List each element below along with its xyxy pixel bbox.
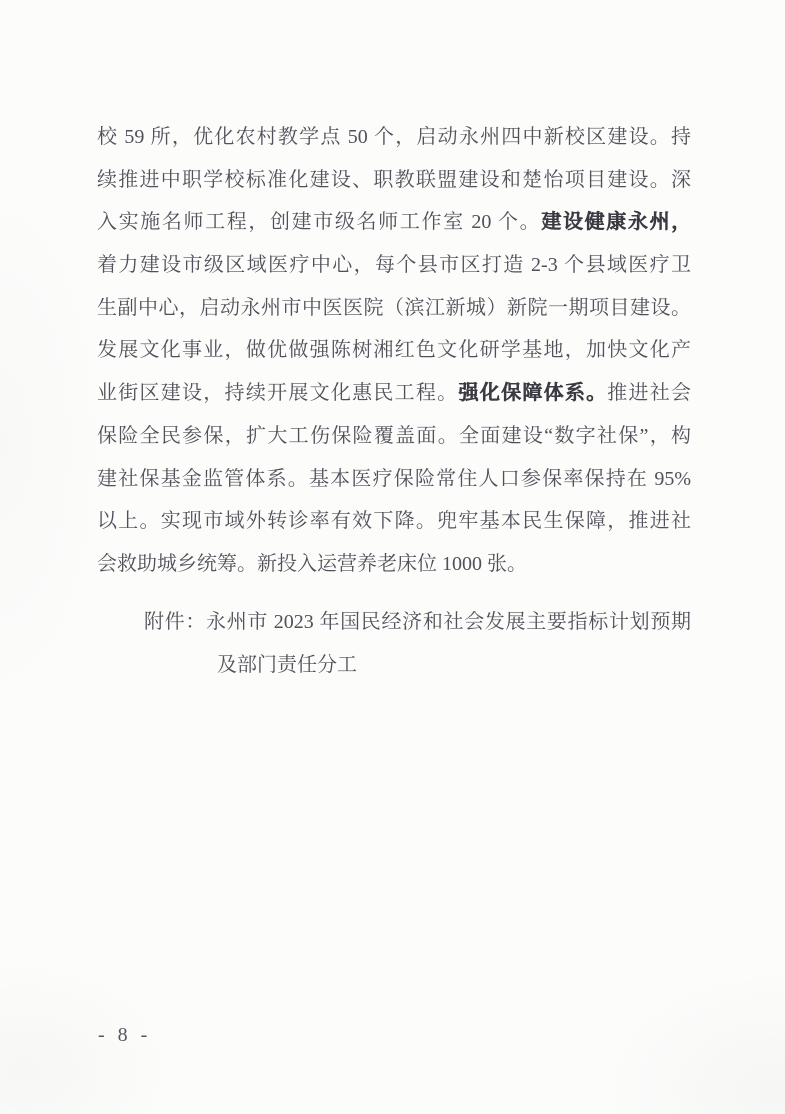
body-line-5-text: 生副中心，启动永州市中医医院（滨江新城）新院一期项目建设。 xyxy=(97,297,691,319)
body-line-3-text: 入实施名师工程，创建市级名师工作室 20 个。 xyxy=(97,211,541,233)
body-line-11-text: 会救助城乡统筹。新投入运营养老床位 1000 张。 xyxy=(97,553,527,575)
body-line-10-text: 以上。实现市域外转诊率有效下降。兜牢基本民生保障，推进社 xyxy=(97,510,691,532)
body-line-8: 保险全民参保，扩大工伤保险覆盖面。全面建设“数字社保”，构 xyxy=(97,415,691,458)
body-line-4: 着力建设市级区域医疗中心，每个县市区打造 2-3 个县域医疗卫 xyxy=(97,244,691,287)
attachment-line-1: 附件：永州市 2023 年国民经济和社会发展主要指标计划预期 xyxy=(97,601,691,644)
body-line-2: 续推进中职学校标准化建设、职教联盟建设和楚怡项目建设。深 xyxy=(97,159,691,202)
body-line-10: 以上。实现市域外转诊率有效下降。兜牢基本民生保障，推进社 xyxy=(97,500,691,543)
body-line-9-text: 建社保基金监管体系。基本医疗保险常住人口参保率保持在 95% xyxy=(97,468,691,490)
attachment-line-2-text: 及部门责任分工 xyxy=(217,654,357,676)
body-line-1-text: 校 59 所，优化农村教学点 50 个，启动永州四中新校区建设。持 xyxy=(97,126,691,148)
body-line-3: 入实施名师工程，创建市级名师工作室 20 个。建设健康永州， xyxy=(97,201,691,244)
body-line-4-text: 着力建设市级区域医疗中心，每个县市区打造 2-3 个县域医疗卫 xyxy=(97,254,691,276)
attachment-line-2: 及部门责任分工 xyxy=(97,644,691,687)
attachment-line-1-text: 附件：永州市 2023 年国民经济和社会发展主要指标计划预期 xyxy=(144,611,691,633)
body-line-11: 会救助城乡统筹。新投入运营养老床位 1000 张。 xyxy=(97,543,691,586)
document-page: 校 59 所，优化农村教学点 50 个，启动永州四中新校区建设。持 续推进中职学… xyxy=(0,0,785,1114)
body-line-1: 校 59 所，优化农村教学点 50 个，启动永州四中新校区建设。持 xyxy=(97,116,691,159)
attachment-note: 附件：永州市 2023 年国民经济和社会发展主要指标计划预期 及部门责任分工 xyxy=(97,601,691,686)
body-line-5: 生副中心，启动永州市中医医院（滨江新城）新院一期项目建设。 xyxy=(97,287,691,330)
page-number: - 8 - xyxy=(98,1024,151,1047)
body-line-2-text: 续推进中职学校标准化建设、职教联盟建设和楚怡项目建设。深 xyxy=(97,169,691,191)
body-line-7-text-post: 推进社会 xyxy=(607,382,691,404)
body-line-7: 业街区建设，持续开展文化惠民工程。强化保障体系。推进社会 xyxy=(97,372,691,415)
body-line-9: 建社保基金监管体系。基本医疗保险常住人口参保率保持在 95% xyxy=(97,458,691,501)
body-line-8-text: 保险全民参保，扩大工伤保险覆盖面。全面建设“数字社保”，构 xyxy=(97,425,691,447)
bold-phrase-build-healthy-yongzhou: 建设健康永州， xyxy=(541,211,691,233)
body-text: 校 59 所，优化农村教学点 50 个，启动永州四中新校区建设。持 续推进中职学… xyxy=(97,116,691,586)
body-line-7-text: 业街区建设，持续开展文化惠民工程。 xyxy=(97,382,458,404)
bold-phrase-strengthen-security-system: 强化保障体系。 xyxy=(458,382,607,404)
body-line-6-text: 发展文化事业，做优做强陈树湘红色文化研学基地，加快文化产 xyxy=(97,339,691,361)
body-line-6: 发展文化事业，做优做强陈树湘红色文化研学基地，加快文化产 xyxy=(97,329,691,372)
